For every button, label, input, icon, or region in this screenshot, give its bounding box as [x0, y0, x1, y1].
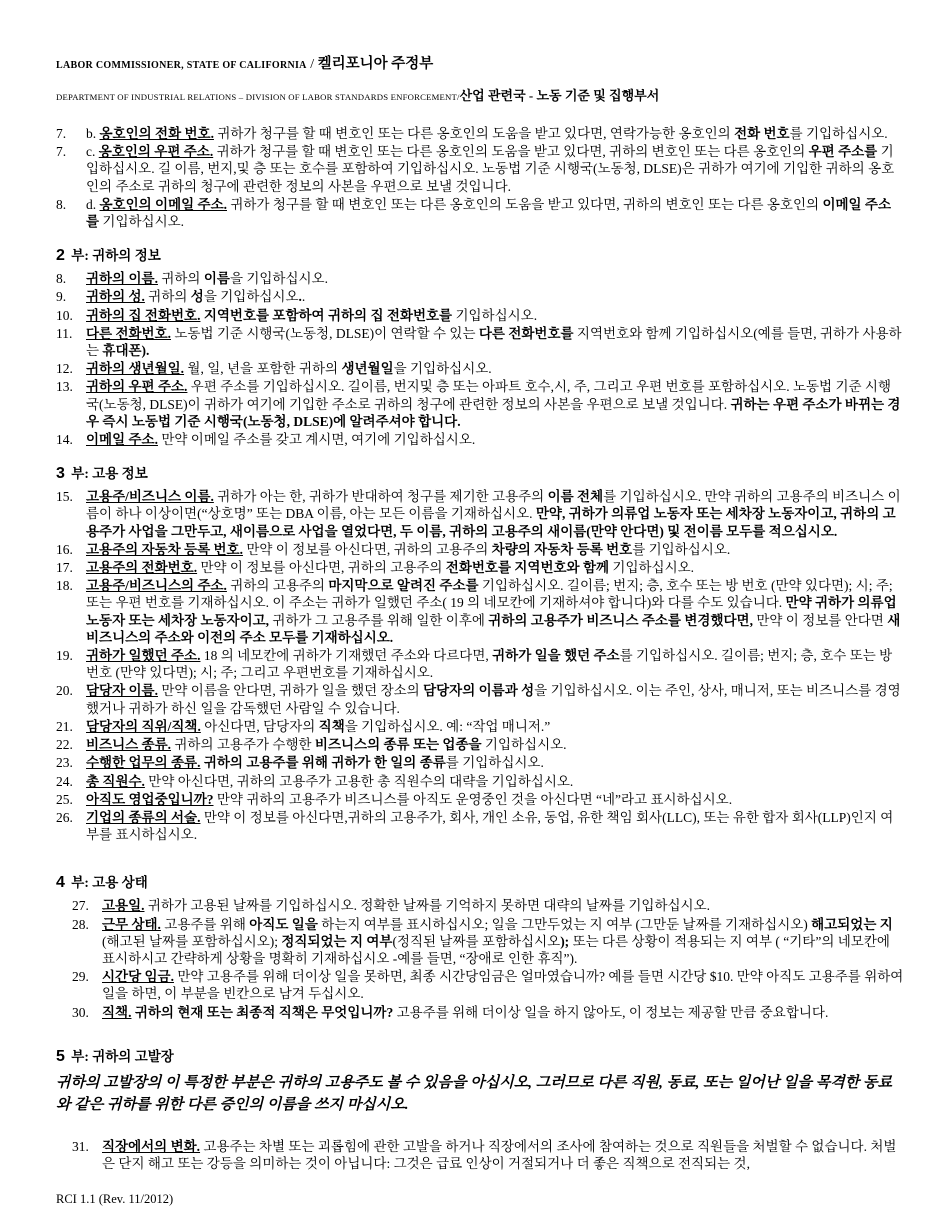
- item-text: 담당자 이름. 만약 이름을 안다면, 귀하가 일을 했던 장소의 담당자의 이…: [86, 683, 901, 715]
- item-number: 13.: [56, 378, 82, 395]
- item-text: 담당자의 직위/직책. 아신다면, 담당자의 직책을 기입하십시오. 예: “작…: [86, 719, 550, 734]
- instruction-item-17: 17.고용주의 전화번호. 만약 이 정보를 아신다면, 귀하의 고용주의 전화…: [56, 559, 904, 576]
- part4-employment-status: 4 부: 고용 상태27.고용일. 귀하가 고용된 날짜를 기입하십시오. 정확…: [56, 871, 904, 1020]
- instruction-item-18: 18.고용주/비즈니스의 주소. 귀하의 고용주의 마지막으로 알려진 주소를 …: [56, 577, 904, 646]
- section-number: 5: [56, 1048, 65, 1065]
- instruction-item-29: 29.시간당 임금. 만약 고용주를 위해 더이상 일을 못하면, 최종 시간당…: [72, 968, 904, 1002]
- instruction-item-28: 28.근무 상태. 고용주를 위해 아직도 일을 하는지 여부를 표시하십시오;…: [72, 916, 904, 968]
- instruction-item-31: 31.직장에서의 변화. 고용주는 차별 또는 괴롭힘에 관한 고발을 하거나 …: [72, 1138, 904, 1172]
- item-text: 고용주의 자동차 등록 번호. 만약 이 정보를 아신다면, 귀하의 고용주의 …: [86, 542, 730, 557]
- item-number: 14.: [56, 431, 82, 448]
- instruction-item-24: 24.총 직원수. 만약 아신다면, 귀하의 고용주가 고용한 총 직원수의 대…: [56, 773, 904, 790]
- item-number: 28.: [72, 916, 98, 933]
- document-header: LABOR COMMISSIONER, STATE OF CALIFORNIA …: [56, 52, 904, 105]
- item-text: 귀하의 생년월일. 월, 일, 년을 포함한 귀하의 생년월일을 기입하십시오.: [86, 361, 492, 376]
- item-text: c. 옹호인의 우편 주소. 귀하가 청구를 할 때 변호인 또는 다른 옹호인…: [86, 144, 894, 193]
- item-number: 19.: [56, 647, 82, 664]
- section-heading: 4 부: 고용 상태: [56, 871, 904, 892]
- item-text: 이메일 주소. 만약 이메일 주소를 갖고 계시면, 여기에 기입하십시오.: [86, 432, 475, 447]
- instruction-item-15: 15.고용주/비즈니스 이름. 귀하가 아는 한, 귀하가 반대하여 청구를 제…: [56, 488, 904, 540]
- form-revision: RCI 1.1 (Rev. 11/2012): [56, 1192, 173, 1206]
- instruction-item-25: 25.아직도 영업중입니까? 만약 귀하의 고용주가 비즈니스를 아직도 운영중…: [56, 791, 904, 808]
- part3-employment-information: 3 부: 고용 정보15.고용주/비즈니스 이름. 귀하가 아는 한, 귀하가 …: [56, 462, 904, 843]
- section-heading: 5 부: 귀하의 고발장: [56, 1045, 904, 1066]
- document-page: LABOR COMMISSIONER, STATE OF CALIFORNIA …: [0, 0, 950, 1230]
- item-text: 귀하의 우편 주소. 우편 주소를 기입하십시오. 길이름, 번지및 층 또는 …: [86, 379, 900, 428]
- section-number: 3: [56, 465, 65, 482]
- employer-visibility-notice: 귀하의 고발장의 이 특정한 부분은 귀하의 고용주도 볼 수 있음을 아십시오…: [56, 1072, 904, 1116]
- instruction-item-9: 9.귀하의 성. 귀하의 성을 기입하십시오..: [56, 288, 904, 305]
- part2-your-information: 2 부: 귀하의 정보8.귀하의 이름. 귀하의 이름을 기입하십시오.9.귀하…: [56, 244, 904, 448]
- item-number: 22.: [56, 736, 82, 753]
- instruction-item-19: 19.귀하가 일했던 주소. 18 의 네모칸에 귀하가 기재했던 주소와 다르…: [56, 647, 904, 681]
- item-text: 시간당 임금. 만약 고용주를 위해 더이상 일을 못하면, 최종 시간당임금은…: [102, 969, 903, 1001]
- department-name-ko: 산업 관련국 - 노동 기준 및 집행부서: [460, 88, 660, 103]
- instruction-item-16: 16.고용주의 자동차 등록 번호. 만약 이 정보를 아신다면, 귀하의 고용…: [56, 541, 904, 558]
- item-text: 직책. 귀하의 현재 또는 최종적 직책은 무엇입니까? 고용주를 위해 더이상…: [102, 1005, 828, 1020]
- instruction-item-7b: 7.b. 옹호인의 전화 번호. 귀하가 청구를 할 때 변호인 또는 다른 옹…: [56, 125, 904, 142]
- item-number: 30.: [72, 1004, 98, 1021]
- instruction-item-8: 8.귀하의 이름. 귀하의 이름을 기입하십시오.: [56, 270, 904, 287]
- item-text: 귀하의 이름. 귀하의 이름을 기입하십시오.: [86, 271, 328, 286]
- item-number: 11.: [56, 325, 82, 342]
- header-separator: /: [307, 57, 318, 72]
- item-text: 귀하가 일했던 주소. 18 의 네모칸에 귀하가 기재했던 주소와 다르다면,…: [86, 648, 892, 680]
- document-footer: RCI 1.1 (Rev. 11/2012): [56, 1192, 904, 1207]
- section-number: 4: [56, 874, 65, 891]
- part5-your-complaint: 5 부: 귀하의 고발장귀하의 고발장의 이 특정한 부분은 귀하의 고용주도 …: [56, 1045, 904, 1172]
- instruction-item-11: 11.다른 전화번호. 노동법 기준 시행국(노동청, DLSE)이 연락할 수…: [56, 325, 904, 359]
- instruction-item-27: 27.고용일. 귀하가 고용된 날짜를 기입하십시오. 정확한 날짜를 기억하지…: [72, 897, 904, 914]
- instruction-item-21: 21.담당자의 직위/직책. 아신다면, 담당자의 직책을 기입하십시오. 예:…: [56, 718, 904, 735]
- advocate-contact-items: 7.b. 옹호인의 전화 번호. 귀하가 청구를 할 때 변호인 또는 다른 옹…: [56, 125, 904, 230]
- item-text: 귀하의 성. 귀하의 성을 기입하십시오..: [86, 289, 305, 304]
- item-text: 총 직원수. 만약 아신다면, 귀하의 고용주가 고용한 총 직원수의 대략을 …: [86, 774, 573, 789]
- item-text: 기업의 종류의 서술. 만약 이 정보를 아신다면,귀하의 고용주가, 회사, …: [86, 810, 893, 842]
- item-number: 26.: [56, 809, 82, 826]
- item-number: 7.: [56, 143, 82, 160]
- item-number: 7.: [56, 125, 82, 142]
- instruction-item-14: 14.이메일 주소. 만약 이메일 주소를 갖고 계시면, 여기에 기입하십시오…: [56, 431, 904, 448]
- item-text: 수행한 업무의 종류. 귀하의 고용주를 위해 귀하가 한 일의 종류를 기입하…: [86, 755, 544, 770]
- instruction-item-22: 22.비즈니스 종류. 귀하의 고용주가 수행한 비즈니스의 종류 또는 업종을…: [56, 736, 904, 753]
- header-line-1: LABOR COMMISSIONER, STATE OF CALIFORNIA …: [56, 52, 904, 73]
- instruction-item-7c: 7.c. 옹호인의 우편 주소. 귀하가 청구를 할 때 변호인 또는 다른 옹…: [56, 143, 904, 195]
- item-number: 15.: [56, 488, 82, 505]
- item-number: 8.: [56, 270, 82, 287]
- item-number: 17.: [56, 559, 82, 576]
- instruction-item-23: 23.수행한 업무의 종류. 귀하의 고용주를 위해 귀하가 한 일의 종류를 …: [56, 754, 904, 771]
- item-number: 9.: [56, 288, 82, 305]
- item-text: 다른 전화번호. 노동법 기준 시행국(노동청, DLSE)이 연락할 수 있는…: [86, 326, 902, 358]
- item-text: 비즈니스 종류. 귀하의 고용주가 수행한 비즈니스의 종류 또는 업종을 기입…: [86, 737, 567, 752]
- instruction-item-8d: 8. d. 옹호인의 이메일 주소. 귀하가 청구를 할 때 변호인 또는 다른…: [56, 196, 904, 230]
- agency-name-en: LABOR COMMISSIONER, STATE OF CALIFORNIA: [56, 60, 307, 71]
- instruction-item-12: 12.귀하의 생년월일. 월, 일, 년을 포함한 귀하의 생년월일을 기입하십…: [56, 360, 904, 377]
- section-heading: 2 부: 귀하의 정보: [56, 244, 904, 265]
- document-body: 7.b. 옹호인의 전화 번호. 귀하가 청구를 할 때 변호인 또는 다른 옹…: [56, 125, 904, 1172]
- item-number: 24.: [56, 773, 82, 790]
- item-number: 16.: [56, 541, 82, 558]
- instruction-item-20: 20.담당자 이름. 만약 이름을 안다면, 귀하가 일을 했던 장소의 담당자…: [56, 682, 904, 716]
- item-number: 31.: [72, 1138, 98, 1155]
- item-number: 20.: [56, 682, 82, 699]
- item-text: 귀하의 집 전화번호. 지역번호를 포함하여 귀하의 집 전화번호를 기입하십시…: [86, 308, 537, 323]
- item-text: 아직도 영업중입니까? 만약 귀하의 고용주가 비즈니스를 아직도 운영중인 것…: [86, 792, 732, 807]
- item-number: 29.: [72, 968, 98, 985]
- item-number: 27.: [72, 897, 98, 914]
- instruction-item-10: 10.귀하의 집 전화번호. 지역번호를 포함하여 귀하의 집 전화번호를 기입…: [56, 307, 904, 324]
- item-text: 직장에서의 변화. 고용주는 차별 또는 괴롭힘에 관한 고발을 하거나 직장에…: [102, 1139, 896, 1171]
- section-heading: 3 부: 고용 정보: [56, 462, 904, 483]
- item-text: 근무 상태. 고용주를 위해 아직도 일을 하는지 여부를 표시하십시오; 일을…: [102, 917, 893, 966]
- item-text: d. 옹호인의 이메일 주소. 귀하가 청구를 할 때 변호인 또는 다른 옹호…: [86, 197, 891, 229]
- item-text: b. 옹호인의 전화 번호. 귀하가 청구를 할 때 변호인 또는 다른 옹호인…: [86, 126, 888, 141]
- item-number: 21.: [56, 718, 82, 735]
- item-text: 고용주/비즈니스의 주소. 귀하의 고용주의 마지막으로 알려진 주소를 기입하…: [86, 578, 900, 645]
- instruction-item-26: 26.기업의 종류의 서술. 만약 이 정보를 아신다면,귀하의 고용주가, 회…: [56, 809, 904, 843]
- instruction-item-13: 13.귀하의 우편 주소. 우편 주소를 기입하십시오. 길이름, 번지및 층 …: [56, 378, 904, 430]
- item-number: 25.: [56, 791, 82, 808]
- item-text: 고용일. 귀하가 고용된 날짜를 기입하십시오. 정확한 날짜를 기억하지 못하…: [102, 898, 710, 913]
- item-text: 고용주의 전화번호. 만약 이 정보를 아신다면, 귀하의 고용주의 전화번호를…: [86, 560, 694, 575]
- item-number: 12.: [56, 360, 82, 377]
- department-name-en: DEPARTMENT OF INDUSTRIAL RELATIONS – DIV…: [56, 92, 460, 102]
- item-number: 10.: [56, 307, 82, 324]
- header-line-2: DEPARTMENT OF INDUSTRIAL RELATIONS – DIV…: [56, 85, 904, 105]
- item-number: 23.: [56, 754, 82, 771]
- item-number: 18.: [56, 577, 82, 594]
- section-number: 2: [56, 247, 65, 264]
- instruction-item-30: 30.직책. 귀하의 현재 또는 최종적 직책은 무엇입니까? 고용주를 위해 …: [72, 1004, 904, 1021]
- agency-name-ko: 켈리포니아 주정부: [318, 56, 434, 72]
- item-text: 고용주/비즈니스 이름. 귀하가 아는 한, 귀하가 반대하여 청구를 제기한 …: [86, 489, 901, 538]
- item-number: 8.: [56, 196, 82, 213]
